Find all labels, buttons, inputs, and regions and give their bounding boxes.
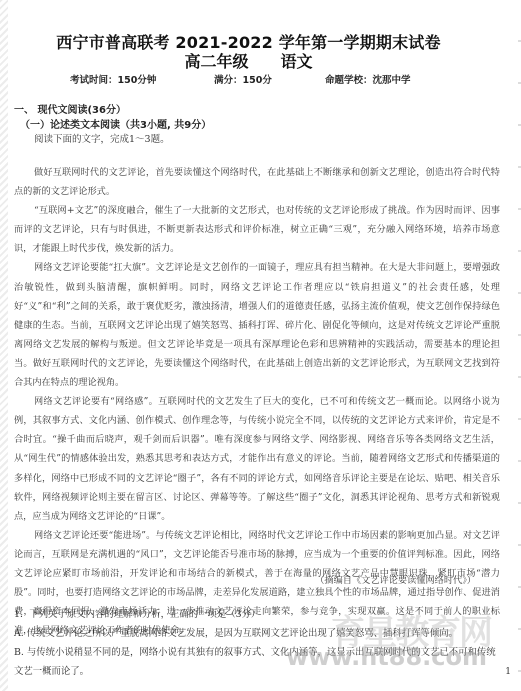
passage-paragraph: “互联网+文艺”的深度融合，催生了一大批新的文艺形式，也对传统的文艺评论形成了挑… [14, 201, 500, 258]
passage-paragraph: 网络文艺评论要有“网络感”。互联网时代的文艺发生了巨大的变化，已不可和传统文艺一… [14, 392, 500, 526]
page: 一、 现代文阅读(36分） （一）论述类文本阅读（共3小题, 共9分） 阅读下面… [12, 0, 500, 691]
question-1-stem: 1．下列关于原文内容的理解和分析，正确的一项是（3分） [14, 605, 500, 624]
passage-source: （摘编自《文艺评论要读懂网络时代》） [315, 572, 476, 586]
passage-paragraph: 网络文艺评论要能“扛大旗”。文艺评论是文艺创作的一面镜子，理应具有担当精神。在大… [14, 258, 500, 392]
question-1-option-a: A. 传统文艺评论之所以严重脱离网络文艺发展，是因为互联网文艺评论出现了嬉笑怒骂… [14, 624, 500, 643]
instruction: 阅读下面的文字，完成1～3题。 [34, 131, 170, 145]
passage-paragraph: 做好互联网时代的文艺评论，首先要读懂这个网络时代，在此基础上不断继承和创新文艺理… [14, 163, 500, 201]
page-number: 1 [505, 667, 511, 677]
page-edge-pattern [0, 0, 8, 691]
question-1-option-b: B. 与传统小说稍显不同的是，网络小说有其独有的叙事方式、文化内涵等，这显示出互… [14, 643, 500, 681]
passage: 做好互联网时代的文艺评论，首先要读懂这个网络时代，在此基础上不断继承和创新文艺理… [14, 163, 500, 640]
section-heading: 一、 现代文阅读(36分） [14, 101, 126, 116]
section-subheading: （一）论述类文本阅读（共3小题, 共9分） [20, 116, 211, 131]
